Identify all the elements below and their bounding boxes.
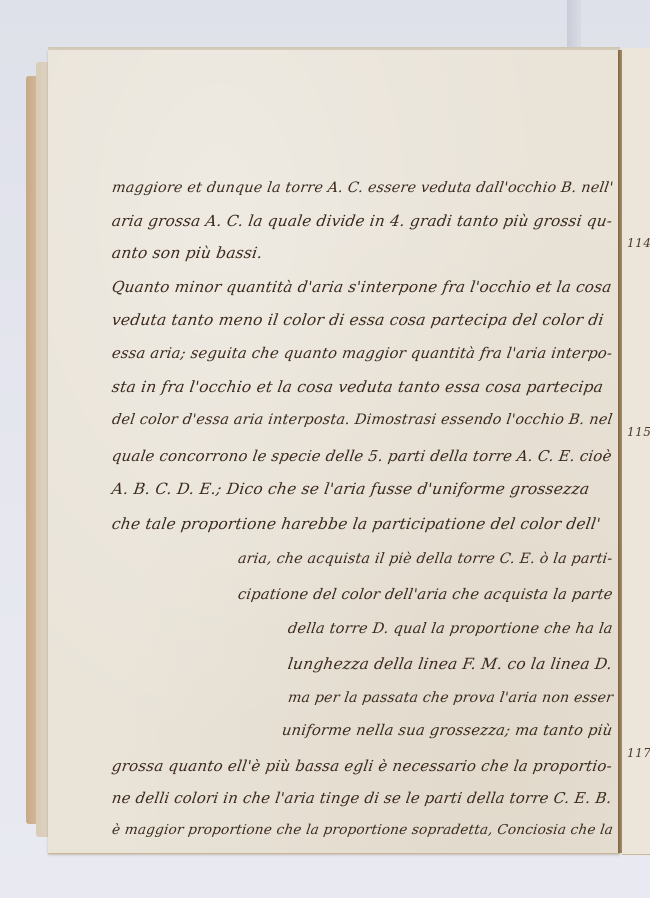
manuscript-line: veduta tanto meno il color di essa cosa … [111, 311, 605, 329]
manuscript-line: cipatione del color dell'aria che acquis… [237, 586, 614, 603]
manuscript-line: del color d'essa aria interposta. Dimost… [111, 412, 614, 428]
manuscript-line: anto son più bassi. [111, 244, 264, 262]
manuscript-line: è maggior proportione che la proportione… [111, 822, 614, 838]
background-fold-shadow [567, 0, 581, 48]
manuscript-line: ne delli colori in che l'aria tinge di s… [111, 789, 613, 807]
manuscript-line: A. B. C. D. E.; Dico che se l'aria fusse… [111, 480, 591, 498]
manuscript-line: Quanto minor quantità d'aria s'interpone… [111, 278, 613, 296]
margin-note: 117 [627, 746, 650, 760]
manuscript-line: aria grossa A. C. la quale divide in 4. … [111, 212, 614, 230]
margin-note: 114 [627, 236, 650, 250]
manuscript-line: essa aria; seguita che quanto maggior qu… [111, 345, 614, 362]
manuscript-line: ma per la passata che prova l'aria non e… [287, 690, 614, 706]
manuscript-line: uniforme nella sua grossezza; ma tanto p… [281, 722, 614, 739]
manuscript-line: della torre D. qual la proportione che h… [287, 620, 614, 637]
manuscript-line: lunghezza della linea F. M. co la linea … [287, 655, 614, 673]
manuscript-line: che tale proportione harebbe la particip… [111, 515, 602, 533]
margin-note: 115 [627, 425, 650, 439]
manuscript-line: maggiore et dunque la torre A. C. essere… [111, 180, 614, 196]
manuscript-line: aria, che acquista il piè della torre C.… [237, 551, 614, 567]
manuscript-line: sta in fra l'occhio et la cosa veduta ta… [111, 378, 605, 396]
manuscript-line: quale concorrono le specie delle 5. part… [111, 447, 613, 465]
manuscript-line: grossa quanto ell'è più bassa egli è nec… [111, 757, 614, 775]
facing-page-edge [622, 48, 650, 855]
